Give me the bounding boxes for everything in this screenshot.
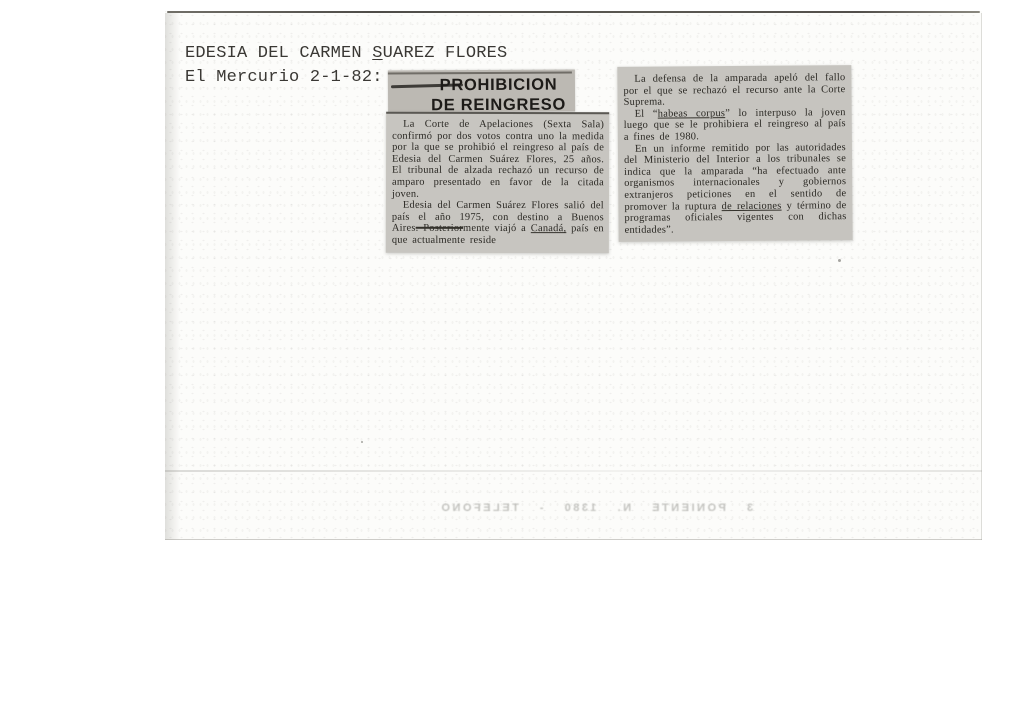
ink-speck [361, 441, 363, 443]
bleedthrough-text: 3 PONIENTE N. 1380 - TELEFONO [330, 502, 862, 518]
clipping-paragraph: La defensa de la amparada apeló del fall… [623, 72, 845, 109]
text-run: El “ [635, 108, 658, 119]
clipping-paragraph: La Corte de Apelaciones (Sexta Sala) con… [392, 119, 604, 201]
clipping-headline-block: PROHIBICION DE REINGRESO [388, 70, 575, 113]
annotated-text-run: S [372, 44, 382, 63]
headline-top-rule [388, 72, 572, 74]
text-run: La defensa de la amparada apeló del fall… [623, 72, 845, 108]
sheet-right-edge [981, 13, 982, 540]
text-run: La Corte de Apelaciones (Sexta Sala) con… [392, 119, 604, 200]
newspaper-clipping-right: La defensa de la amparada apeló del fall… [617, 65, 852, 242]
annotated-text-run: de relaciones [722, 200, 782, 211]
annotated-text-run: . Posterior [416, 223, 463, 234]
typed-source-date: El Mercurio 2-1-82: [185, 69, 383, 87]
headline-line-1: PROHIBICION [422, 75, 575, 96]
sheet-left-shadow [165, 13, 180, 540]
text-run: mente viajó a [463, 223, 531, 234]
scan-page: { "header": { "line1_segments": [ {"t": … [0, 0, 1012, 717]
clipping-paragraph: En un informe remitido por las autoridad… [624, 142, 847, 236]
paper-sheet: EDESIA DEL CARMEN SUAREZ FLORES El Mercu… [165, 11, 982, 540]
sheet-bottom-edge [165, 539, 982, 540]
clipping-headline: PROHIBICION DE REINGRESO [388, 75, 575, 116]
newspaper-clipping-left: La Corte de Apelaciones (Sexta Sala) con… [386, 112, 609, 253]
typed-subject-name: EDESIA DEL CARMEN SUAREZ FLORES [185, 45, 507, 63]
text-run: UAREZ FLORES [383, 44, 508, 63]
text-run: EDESIA DEL CARMEN [185, 44, 372, 63]
annotated-text-run: habeas corpus [658, 108, 726, 120]
fold-crease [165, 470, 982, 472]
annotated-text-run: Canadá, [531, 223, 567, 234]
ink-speck [838, 259, 841, 262]
clipping-paragraph: El “habeas corpus” lo interpuso la joven… [624, 107, 846, 144]
clipping-paragraph: Edesia del Carmen Suárez Flores salió de… [392, 200, 604, 247]
sheet-top-edge [167, 11, 980, 13]
